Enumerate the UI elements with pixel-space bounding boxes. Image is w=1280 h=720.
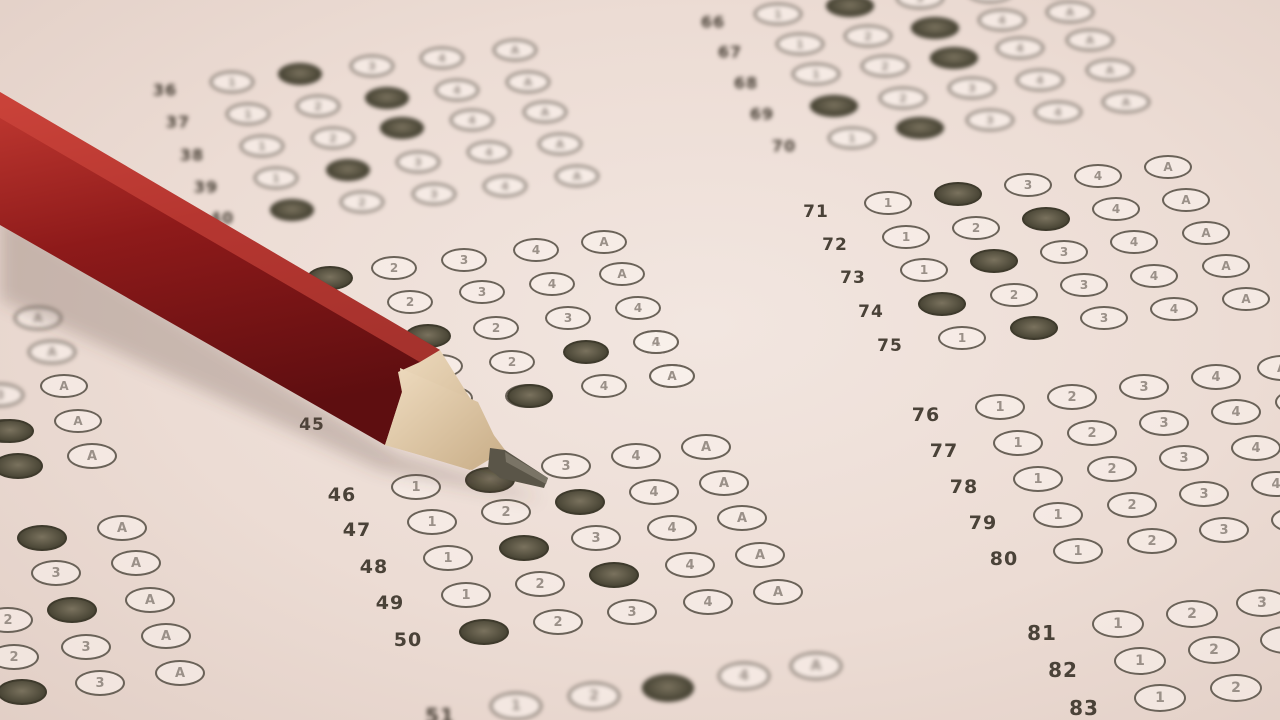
answer-bubble: 3 <box>1199 517 1249 543</box>
answer-bubble: 2 <box>465 467 515 493</box>
answer-bubble: 3 <box>930 47 978 69</box>
answer-bubble: 3 <box>0 383 24 407</box>
answer-bubble: 2 <box>326 159 370 181</box>
answer-bubble: 1 <box>864 191 912 215</box>
answer-bubble: 3 <box>1119 374 1169 400</box>
question-number: 46 <box>328 484 356 506</box>
answer-bubble: 1 <box>459 619 509 645</box>
question-number: 71 <box>803 202 829 222</box>
answer-bubble: 1 <box>1033 502 1083 528</box>
answer-bubble: 4 <box>513 238 559 262</box>
question-number: 83 <box>1069 696 1099 720</box>
answer-bubble: A <box>125 587 175 613</box>
answer-bubble: 2 <box>0 607 33 633</box>
answer-bubble: 1 <box>1053 538 1103 564</box>
answer-bubble: 1 <box>210 71 254 93</box>
answer-bubble: 3 <box>441 248 487 272</box>
answer-bubble: 1 <box>423 545 473 571</box>
question-number: 67 <box>718 43 742 62</box>
answer-bubble: A <box>581 230 627 254</box>
answer-bubble: 3 <box>459 280 505 304</box>
answer-bubble: A <box>717 505 767 531</box>
answer-bubble: 3 <box>0 453 43 479</box>
question-number: 40 <box>210 209 234 228</box>
answer-bubble: 2 <box>481 499 531 525</box>
answer-bubble: 2 <box>371 256 417 280</box>
answer-bubble: 3 <box>0 419 34 443</box>
answer-bubble: 4 <box>718 662 770 690</box>
answer-bubble: A <box>1144 155 1192 179</box>
answer-bubble: 3 <box>571 525 621 551</box>
question-number: 51 <box>425 704 455 720</box>
answer-bubble: 1 <box>993 430 1043 456</box>
answer-bubble: 3 <box>541 453 591 479</box>
answer-bubble: 4 <box>1271 507 1280 533</box>
answer-bubble: 1 <box>240 135 284 157</box>
question-number: 79 <box>969 512 997 534</box>
answer-bubble: A <box>54 409 102 433</box>
answer-bubble: 2 <box>296 95 340 117</box>
answer-bubble: A <box>699 470 749 496</box>
answer-bubble: A <box>493 39 537 61</box>
answer-bubble: 3 <box>75 670 125 696</box>
question-number: 74 <box>858 302 884 322</box>
answer-bubble: 2 <box>1127 528 1177 554</box>
answer-bubble: 1 <box>975 394 1025 420</box>
answer-bubble: 3 <box>1060 273 1108 297</box>
answer-bubble: 1 <box>810 95 858 117</box>
answer-bubble: 3 <box>17 525 67 551</box>
answer-bubble: A <box>649 364 695 388</box>
question-number: 75 <box>877 336 903 356</box>
answer-bubble: 4 <box>1251 471 1280 497</box>
answer-bubble: 2 <box>970 249 1018 273</box>
question-number: 66 <box>701 13 725 32</box>
question-number: 73 <box>840 268 866 288</box>
answer-bubble: 3 <box>47 597 97 623</box>
question-number: 77 <box>930 440 958 462</box>
answer-bubble: 2 <box>990 283 1038 307</box>
answer-bubble: 3 <box>1139 410 1189 436</box>
answer-bubble: A <box>1046 1 1094 23</box>
answer-bubble: 3 <box>555 489 605 515</box>
answer-bubble: 3 <box>589 562 639 588</box>
question-number: 50 <box>394 629 422 651</box>
answer-bubble: A <box>155 660 205 686</box>
answer-bubble: 1 <box>828 127 876 149</box>
answer-bubble: 1 <box>417 354 463 378</box>
answer-bubble: 2 <box>1107 492 1157 518</box>
answer-bubble: 4 <box>1191 364 1241 390</box>
answer-bubble: 2 <box>340 191 384 213</box>
answer-bubble: 2 <box>1188 636 1240 664</box>
answer-bubble: 1 <box>1134 684 1186 712</box>
answer-bubble: 4 <box>420 47 464 69</box>
answer-bubble: 3 <box>911 17 959 39</box>
answer-bubble: 1 <box>441 582 491 608</box>
answer-bubble: 3 <box>1004 173 1052 197</box>
answer-bubble: A <box>1086 59 1134 81</box>
answer-bubble: 1 <box>490 692 542 720</box>
answer-bubble: A <box>67 443 117 469</box>
answer-bubble: 3 <box>1236 589 1280 617</box>
answer-bubble: 3 <box>1022 207 1070 231</box>
answer-bubble: A <box>28 340 76 364</box>
answer-bubble: 2 <box>896 117 944 139</box>
answer-bubble: 4 <box>1211 399 1261 425</box>
answer-bubble: 2 <box>489 350 535 374</box>
answer-bubble: 1 <box>307 266 353 290</box>
answer-bubble: 2 <box>1166 600 1218 628</box>
answer-bubble: A <box>555 165 599 187</box>
answer-bubble: 2 <box>879 87 927 109</box>
answer-bubble: 3 <box>350 55 394 77</box>
answer-bubble: 2 <box>826 0 874 17</box>
answer-bubble: 4 <box>1231 435 1280 461</box>
question-number: 45 <box>299 415 325 435</box>
answer-bubble: 2 <box>952 216 1000 240</box>
answer-bubble: 3 <box>1260 626 1280 654</box>
answer-bubble: 3 <box>948 77 996 99</box>
question-number: 48 <box>360 556 388 578</box>
answer-bubble: 4 <box>1110 230 1158 254</box>
answer-bubble: 1 <box>900 258 948 282</box>
answer-bubble: A <box>506 71 550 93</box>
question-number: 72 <box>822 235 848 255</box>
answer-bubble: A <box>599 262 645 286</box>
question-number: 78 <box>950 476 978 498</box>
question-number: 47 <box>343 519 371 541</box>
answer-bubble: 3 <box>896 0 944 9</box>
answer-bubble: A <box>681 434 731 460</box>
answer-sheet: 361234A371234A381234A391234A401234A1234A… <box>0 0 1280 720</box>
answer-bubble: 4 <box>1150 297 1198 321</box>
question-number: 68 <box>734 74 758 93</box>
answer-bubble: 1 <box>254 167 298 189</box>
answer-bubble: 1 <box>317 304 363 328</box>
answer-bubble: A <box>1102 91 1150 113</box>
answer-bubble: 1 <box>270 199 314 221</box>
answer-bubble: A <box>753 579 803 605</box>
answer-bubble: 1 <box>405 324 451 348</box>
answer-bubble: 2 <box>311 127 355 149</box>
answer-bubble: 4 <box>1034 101 1082 123</box>
answer-bubble: A <box>141 623 191 649</box>
question-number: 39 <box>194 178 218 197</box>
question-number: 37 <box>166 113 190 132</box>
answer-bubble: 2 <box>1067 420 1117 446</box>
answer-bubble: 1 <box>1092 610 1144 638</box>
answer-bubble: 4 <box>1092 197 1140 221</box>
answer-bubble: 2 <box>0 644 39 670</box>
answer-bubble: 1 <box>754 3 802 25</box>
answer-bubble: 1 <box>1013 466 1063 492</box>
answer-bubble: 1 <box>882 225 930 249</box>
answer-bubble: 4 <box>450 109 494 131</box>
question-number: 76 <box>912 404 940 426</box>
answer-bubble: 4 <box>615 296 661 320</box>
answer-bubble: 4 <box>647 515 697 541</box>
answer-bubble: 4 <box>1130 264 1178 288</box>
question-number: 82 <box>1048 658 1078 682</box>
question-number: 38 <box>180 146 204 165</box>
answer-bubble: 4 <box>529 272 575 296</box>
answer-bubble: 3 <box>507 384 553 408</box>
answer-bubble: 1 <box>427 386 473 410</box>
answer-bubble: 3 <box>365 87 409 109</box>
answer-bubble: 1 <box>391 474 441 500</box>
answer-bubble: 2 <box>278 63 322 85</box>
answer-bubble: 1 <box>792 63 840 85</box>
answer-bubble: A <box>111 550 161 576</box>
answer-bubble: A <box>1275 389 1280 415</box>
answer-bubble: 1 <box>938 326 986 350</box>
question-number: 69 <box>750 105 774 124</box>
answer-bubble: 2 <box>861 55 909 77</box>
question-number: 36 <box>153 81 177 100</box>
answer-bubble: 3 <box>642 674 694 702</box>
answer-bubble: A <box>523 101 567 123</box>
answer-bubble: 3 <box>31 560 81 586</box>
answer-bubble: A <box>1257 355 1280 381</box>
answer-bubble: 4 <box>1016 69 1064 91</box>
answer-bubble: 2 <box>568 682 620 710</box>
answer-bubble: 4 <box>1074 164 1122 188</box>
answer-bubble: 2 <box>934 182 982 206</box>
answer-bubble: 3 <box>412 183 456 205</box>
answer-bubble: 3 <box>380 117 424 139</box>
answer-bubble: 4 <box>467 141 511 163</box>
answer-bubble: A <box>40 374 88 398</box>
answer-bubble: 4 <box>683 589 733 615</box>
answer-bubble: 3 <box>545 306 591 330</box>
answer-bubble: 2 <box>515 571 565 597</box>
answer-bubble: 2 <box>0 679 47 705</box>
answer-bubble: 3 <box>61 634 111 660</box>
answer-bubble: 4 <box>978 9 1026 31</box>
answer-bubble: 3 <box>1080 306 1128 330</box>
answer-bubble: 3 <box>563 340 609 364</box>
answer-bubble: 4 <box>633 330 679 354</box>
question-number: 70 <box>772 137 796 156</box>
answer-bubble: 4 <box>581 374 627 398</box>
answer-bubble: 2 <box>499 535 549 561</box>
answer-bubble: 1 <box>226 103 270 125</box>
answer-bubble: 2 <box>1047 384 1097 410</box>
answer-bubble: 4 <box>611 443 661 469</box>
answer-bubble: 2 <box>387 290 433 314</box>
answer-bubble: A <box>1066 29 1114 51</box>
answer-bubble: 1 <box>407 509 457 535</box>
answer-bubble: 4 <box>483 175 527 197</box>
answer-bubble: 2 <box>844 25 892 47</box>
answer-bubble: 3 <box>1159 445 1209 471</box>
answer-bubble: 2 <box>533 609 583 635</box>
answer-bubble: A <box>1162 188 1210 212</box>
answer-bubble: 2 <box>1210 674 1262 702</box>
answer-bubble: A <box>790 652 842 680</box>
answer-bubble: 1 <box>1114 647 1166 675</box>
answer-bubble: 2 <box>1087 456 1137 482</box>
answer-bubble: 3 <box>1179 481 1229 507</box>
answer-bubble: 1 <box>776 33 824 55</box>
question-number: 49 <box>376 592 404 614</box>
answer-bubble: 2 <box>473 316 519 340</box>
answer-bubble: 2 <box>1010 316 1058 340</box>
answer-bubble: A <box>1202 254 1250 278</box>
answer-bubble: 4 <box>665 552 715 578</box>
answer-bubble: 3 <box>966 109 1014 131</box>
question-number: 80 <box>990 548 1018 570</box>
answer-bubble: 3 <box>1040 240 1088 264</box>
answer-bubble: 3 <box>396 151 440 173</box>
answer-bubble: A <box>538 133 582 155</box>
answer-bubble: A <box>97 515 147 541</box>
answer-bubble: 1 <box>918 292 966 316</box>
answer-bubble: A <box>1222 287 1270 311</box>
answer-bubble: 4 <box>966 0 1014 3</box>
answer-bubble: 3 <box>607 599 657 625</box>
answer-bubble: 4 <box>996 37 1044 59</box>
answer-bubble: 4 <box>435 79 479 101</box>
answer-bubble: A <box>1182 221 1230 245</box>
answer-bubble: A <box>735 542 785 568</box>
question-number: 81 <box>1027 621 1057 645</box>
answer-bubble: 4 <box>629 479 679 505</box>
answer-bubble: A <box>14 306 62 330</box>
